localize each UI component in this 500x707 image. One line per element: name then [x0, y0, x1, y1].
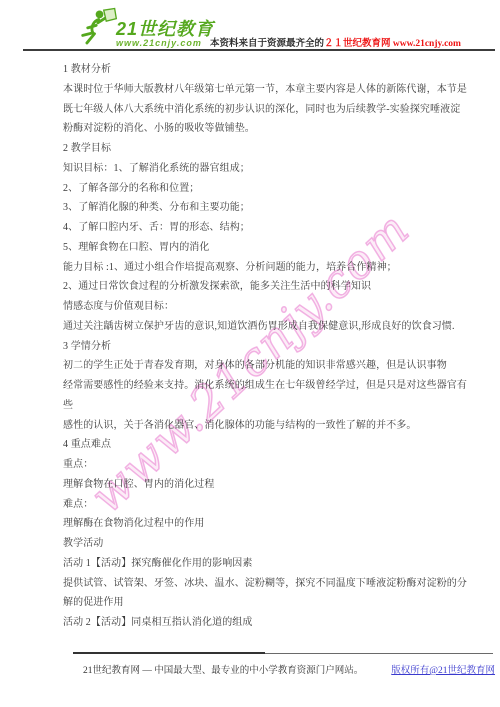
doc-line: 解的促进作用	[63, 593, 463, 613]
doc-line: 2 教学目标	[63, 139, 463, 159]
doc-line: 知识目标：1、了解消化系统的器官组成；	[63, 159, 463, 179]
doc-line: 重点：	[63, 455, 463, 475]
logo-url-text: www.21cnjy.com	[116, 38, 202, 48]
notice-site-name: ２１世纪教育网 www.21cnjy.com	[324, 39, 461, 49]
doc-line: 2、通过日常饮食过程的分析激发探索欲，能多关注生活中的科学知识	[63, 277, 463, 297]
notice-prefix: 本资料来自于资源最齐全的	[210, 39, 324, 49]
doc-line: 通过关注龋齿树立保护牙齿的意识,知道饮酒伤胃形成自我保健意识,形成良好的饮食习惯…	[63, 317, 463, 337]
doc-line: 2、了解各部分的名称和位置；	[63, 179, 463, 199]
copyright-link[interactable]: 版权所有@21世纪教育网	[391, 666, 495, 676]
doc-line: 感性的认识，关于各消化器官、消化腺体的功能与结构的一致性了解的并不多。	[63, 416, 463, 436]
doc-line: 些	[63, 396, 463, 416]
doc-line: 理解酶在食物消化过程中的作用	[63, 514, 463, 534]
header-notice: 本资料来自于资源最齐全的２１世纪教育网 www.21cnjy.com	[210, 35, 495, 49]
footer-divider-dark-segment	[73, 652, 265, 654]
header-divider	[23, 49, 495, 51]
doc-line: 活动 2【活动】同桌相互指认消化道的组成	[63, 613, 463, 633]
doc-line: 4 重点难点	[63, 435, 463, 455]
doc-line: 粉酶对淀粉的消化、小肠的吸收等做铺垫。	[63, 119, 463, 139]
doc-line: 1 教材分析	[63, 60, 463, 80]
doc-line: 能力目标 :1、通过小组合作培提高观察、分析问题的能力，培养合作精神；	[63, 258, 463, 278]
doc-line: 初二的学生正处于青春发育期，对身体的各部分机能的知识非常感兴趣，但是认识事物	[63, 356, 463, 376]
doc-line: 3、了解消化腺的种类、分布和主要功能；	[63, 198, 463, 218]
runner-book-icon	[76, 7, 118, 52]
document-page: 21世纪教育 www.21cnjy.com 本资料来自于资源最齐全的２１世纪教育…	[0, 0, 500, 707]
doc-line: 活动 1【活动】探究酶催化作用的影响因素	[63, 554, 463, 574]
footer-slogan: 21世纪教育网 — 中国最大型、最专业的中小学教育资源门户网站。	[83, 666, 363, 676]
doc-line: 3 学情分析	[63, 337, 463, 357]
footer: 21世纪教育网 — 中国最大型、最专业的中小学教育资源门户网站。版权所有@21世…	[83, 662, 493, 676]
doc-line: 提供试管、试管架、牙签、冰块、温水、淀粉糊等，探究不同温度下唾液淀粉酶对淀粉的分	[63, 574, 463, 594]
doc-line: 4、了解口腔内牙、舌：胃的形态、结构；	[63, 218, 463, 238]
doc-line: 情感态度与价值观目标：	[63, 297, 463, 317]
doc-line: 理解食物在口腔、胃内的消化过程	[63, 475, 463, 495]
doc-line: 难点：	[63, 495, 463, 515]
document-body: 1 教材分析 本课时位于华师大版教材八年级第七单元第一节，本章主要内容是人体的新…	[63, 60, 463, 633]
doc-line: 经常需要感性的经验来支持。消化系统的组成生在七年级曾经学过，但是只是对这些器官有	[63, 376, 463, 396]
doc-line: 既七年级人体八大系统中消化系统的初步认识的深化，同时也为后续教学-实验探究唾液淀	[63, 100, 463, 120]
doc-line: 教学活动	[63, 534, 463, 554]
doc-line: 本课时位于华师大版教材八年级第七单元第一节，本章主要内容是人体的新陈代谢，本节是	[63, 80, 463, 100]
doc-line: 5、理解食物在口腔、胃内的消化	[63, 238, 463, 258]
